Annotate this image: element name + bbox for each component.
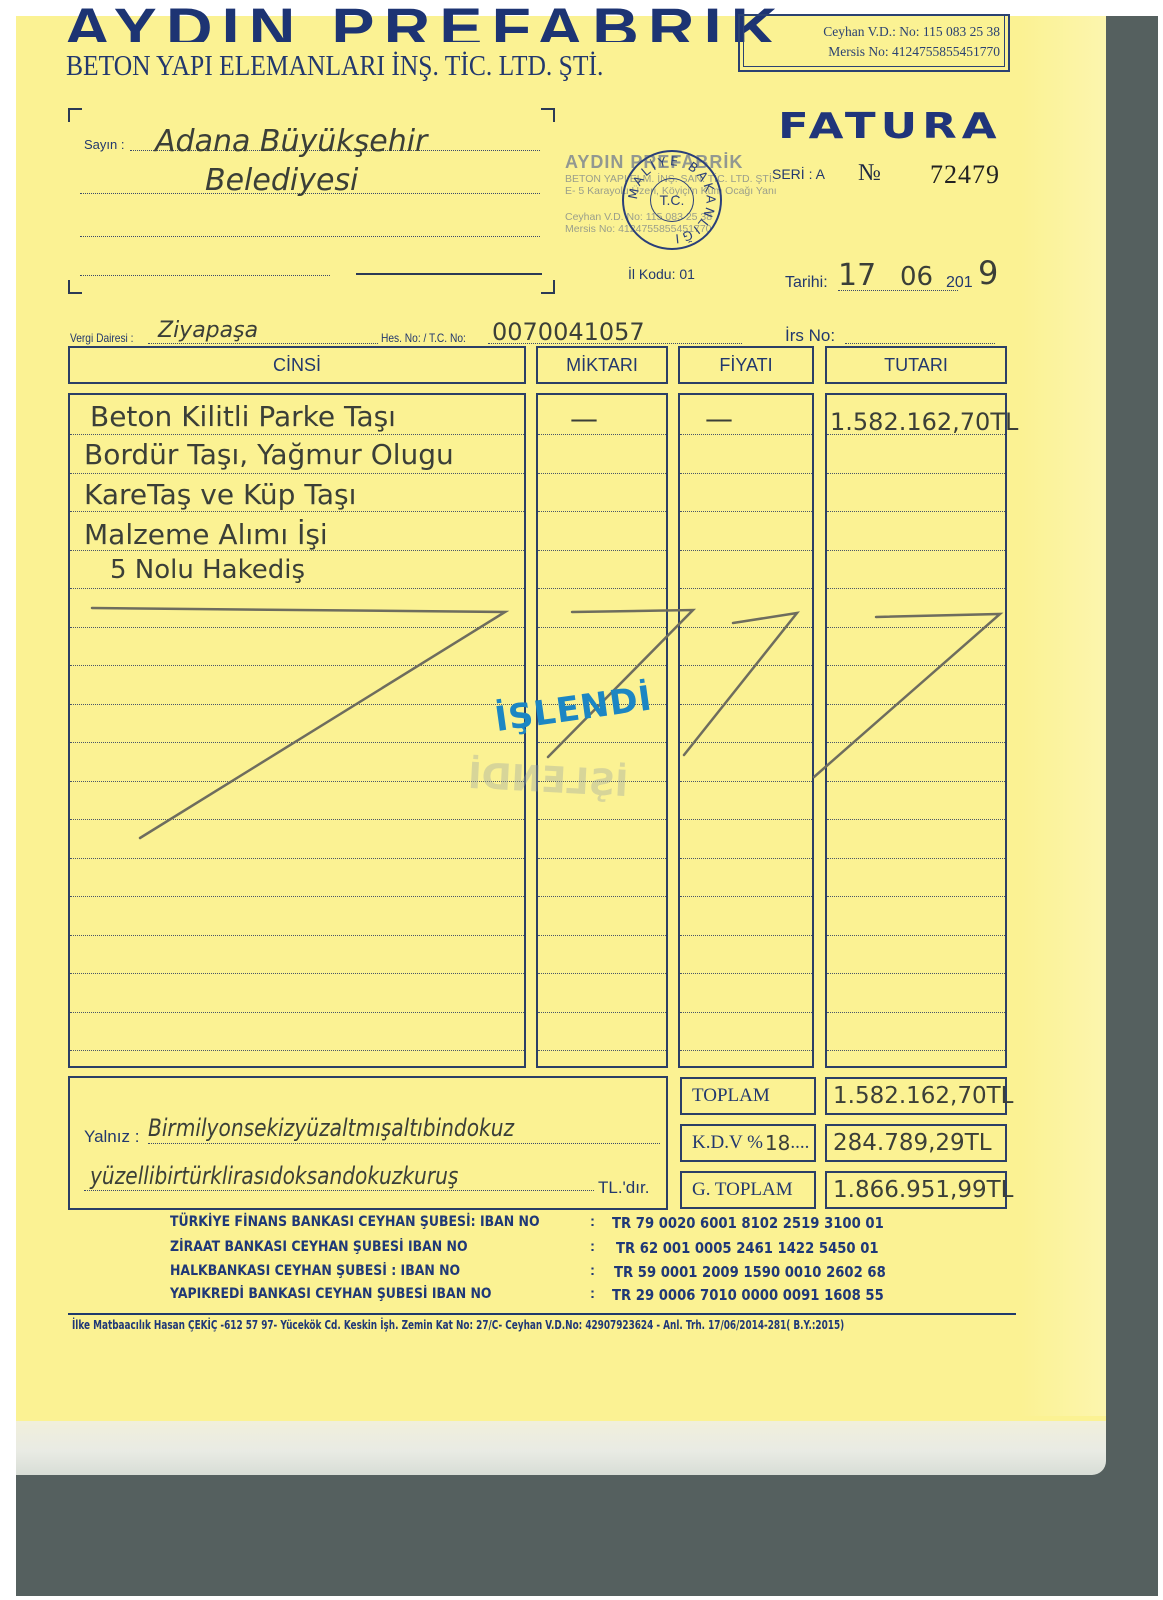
amount-words-line <box>84 1190 594 1191</box>
ruled-line <box>70 511 524 512</box>
ruled-line <box>538 473 666 474</box>
ruled-line <box>827 1050 1005 1051</box>
description-line: Beton Kilitli Parke Taşı <box>90 400 396 433</box>
ruled-line <box>538 935 666 936</box>
unit-price-value: — <box>705 402 733 435</box>
paper-stack-edge <box>16 1415 1106 1475</box>
amount-in-words-line2: yüzellibirtürklirasıdoksandokuzkuruş <box>90 1162 458 1190</box>
grand-total-label: G. TOPLAM <box>680 1171 816 1209</box>
amount-in-words-label: Yalnız : <box>84 1127 139 1147</box>
ruled-line <box>680 627 812 628</box>
bank-iban: TR 59 0001 2009 1590 0010 2602 68 <box>614 1263 886 1281</box>
grand-total-value: 1.866.951,99TL <box>833 1177 1014 1203</box>
corner-mark <box>541 280 555 294</box>
amount-in-words-line1: Birmilyonsekizyüzaltmışaltıbindokuz <box>148 1114 514 1142</box>
customer-solid-line <box>356 273 542 275</box>
ruled-line <box>538 896 666 897</box>
vat-value: 284.789,29TL <box>833 1130 992 1156</box>
ruled-line <box>538 1050 666 1051</box>
ruled-line <box>827 896 1005 897</box>
seal-center: T.C. <box>650 178 694 222</box>
grand-total-value-box: 1.866.951,99TL <box>825 1171 1007 1209</box>
date-day: 17 <box>838 258 876 293</box>
ruled-line <box>70 704 524 705</box>
ruled-line <box>538 588 666 589</box>
date-label: Tarihi: <box>785 274 828 292</box>
vat-rate: 18 <box>765 1131 790 1155</box>
bank-colon: : <box>590 1213 595 1230</box>
printer-info: İlke Matbaacılık Hasan ÇEKİÇ -612 57 97-… <box>72 1318 844 1332</box>
ministry-seal: MALİYE BAKANLIĞI T.C. <box>622 150 722 250</box>
ruled-line <box>680 781 812 782</box>
quantity-value: — <box>570 402 598 435</box>
ruled-line <box>827 511 1005 512</box>
invoice-series: SERİ : A <box>772 166 825 182</box>
ruled-line <box>680 665 812 666</box>
column-header-price: FİYATI <box>678 346 814 384</box>
ruled-line <box>827 742 1005 743</box>
ruled-line <box>827 473 1005 474</box>
ruled-line <box>680 896 812 897</box>
ruled-line <box>538 550 666 551</box>
bank-name: HALKBANKASI CEYHAN ŞUBESİ : IBAN NO <box>170 1263 460 1279</box>
ruled-line <box>827 819 1005 820</box>
account-label: Hes. No: / T.C. No: <box>381 331 466 345</box>
column-header-description: CİNSİ <box>68 346 526 384</box>
document-title: FATURA <box>778 106 1002 147</box>
ruled-line <box>70 588 524 589</box>
price-column <box>678 393 814 1068</box>
corner-mark <box>68 280 82 294</box>
bank-colon: : <box>590 1285 595 1302</box>
ruled-line <box>538 1012 666 1013</box>
customer-name-line1: Adana Büyükşehir <box>155 124 427 159</box>
tax-office-value: Ziyapaşa <box>158 318 258 343</box>
bank-iban: TR 62 001 0005 2461 1422 5450 01 <box>616 1239 879 1257</box>
date-year-prefix: 201 <box>946 274 973 292</box>
ruled-line <box>827 858 1005 859</box>
ruled-line <box>70 896 524 897</box>
customer-label: Sayın : <box>84 137 124 152</box>
ruled-line <box>70 627 524 628</box>
date-month: 06 <box>900 262 933 292</box>
ruled-line <box>680 1012 812 1013</box>
bank-name: ZİRAAT BANKASI CEYHAN ŞUBESİ IBAN NO <box>170 1239 468 1255</box>
ruled-line <box>827 935 1005 936</box>
description-line: 5 Nolu Hakediş <box>110 555 305 585</box>
vat-value-box: 284.789,29TL <box>825 1124 1007 1162</box>
subtotal-value-box: 1.582.162,70TL <box>825 1077 1007 1115</box>
company-subtitle: BETON YAPI ELEMANLARI İNŞ. TİC. LTD. ŞTİ… <box>66 50 603 83</box>
ruled-line <box>680 473 812 474</box>
paper-shading <box>1020 16 1106 1416</box>
customer-name-line2: Belediyesi <box>205 163 358 198</box>
ruled-line <box>680 1050 812 1051</box>
ruled-line <box>70 434 524 435</box>
ruled-line <box>538 973 666 974</box>
bank-iban: TR 29 0006 7010 0000 0091 1608 55 <box>612 1286 884 1304</box>
ruled-line <box>680 973 812 974</box>
ruled-line <box>70 973 524 974</box>
company-mersis: Mersis No: 4124755855451770 <box>828 44 1000 60</box>
corner-mark <box>68 108 82 122</box>
invoice-number: 72479 <box>930 160 1000 190</box>
ruled-line <box>70 819 524 820</box>
ruled-line <box>827 627 1005 628</box>
ruled-line <box>538 819 666 820</box>
number-sign: № <box>858 160 881 187</box>
ruled-line <box>538 511 666 512</box>
bank-colon: : <box>590 1262 595 1279</box>
ruled-line <box>827 665 1005 666</box>
company-brand-name: AYDIN PREFABRİK <box>64 6 786 42</box>
ruled-line <box>70 781 524 782</box>
date-year-suffix: 9 <box>978 254 998 292</box>
ruled-line <box>680 742 812 743</box>
ruled-line <box>680 434 812 435</box>
waybill-line <box>845 343 995 344</box>
waybill-label: İrs No: <box>785 326 835 346</box>
line-amount-value: 1.582.162,70TL <box>830 408 1018 436</box>
vat-dots: .... <box>790 1132 809 1154</box>
account-value: 0070041057 <box>492 318 645 346</box>
ruled-line <box>70 473 524 474</box>
ruled-line <box>827 1012 1005 1013</box>
ruled-line <box>680 511 812 512</box>
ruled-line <box>827 781 1005 782</box>
vat-label-box: K.D.V % 18 .... <box>680 1124 816 1162</box>
ruled-line <box>70 858 524 859</box>
ruled-line <box>680 858 812 859</box>
column-header-quantity: MİKTARI <box>536 346 668 384</box>
amount-column <box>825 393 1007 1068</box>
customer-line <box>80 275 330 276</box>
customer-line <box>80 236 540 237</box>
bank-iban: TR 79 0020 6001 8102 2519 3100 01 <box>612 1214 884 1232</box>
ruled-line <box>70 665 524 666</box>
ruled-line <box>70 1012 524 1013</box>
ruled-line <box>827 704 1005 705</box>
tax-office-line <box>148 343 378 344</box>
processed-stamp-ghost: İŞLENDİ <box>467 756 629 805</box>
province-code: İl Kodu: 01 <box>628 266 695 282</box>
corner-mark <box>541 108 555 122</box>
vat-label: K.D.V % <box>692 1132 763 1154</box>
description-line: Malzeme Alımı İşi <box>84 518 328 551</box>
ruled-line <box>680 819 812 820</box>
subtotal-label: TOPLAM <box>680 1077 816 1115</box>
ruled-line <box>827 550 1005 551</box>
description-line: Bordür Taşı, Yağmur Olugu <box>84 438 454 471</box>
tax-office-label: Vergi Dairesi : <box>70 331 133 345</box>
company-tax-box: Ceyhan V.D.: No: 115 083 25 38 Mersis No… <box>738 14 1010 72</box>
subtotal-value: 1.582.162,70TL <box>833 1083 1014 1109</box>
ruled-line <box>70 935 524 936</box>
ruled-line <box>538 434 666 435</box>
footer-divider <box>68 1313 1016 1315</box>
bank-name: TÜRKİYE FİNANS BANKASI CEYHAN ŞUBESİ: IB… <box>170 1214 540 1230</box>
ruled-line <box>680 588 812 589</box>
bank-colon: : <box>590 1238 595 1255</box>
company-tax-office: Ceyhan V.D.: No: 115 083 25 38 <box>823 24 1000 40</box>
ruled-line <box>538 665 666 666</box>
amount-in-words-suffix: TL.'dır. <box>598 1178 649 1198</box>
ruled-line <box>70 1050 524 1051</box>
ruled-line <box>538 742 666 743</box>
amount-words-line <box>148 1143 660 1144</box>
ruled-line <box>680 704 812 705</box>
ruled-line <box>680 550 812 551</box>
ruled-line <box>538 627 666 628</box>
ruled-line <box>827 588 1005 589</box>
ruled-line <box>680 935 812 936</box>
ruled-line <box>538 858 666 859</box>
ruled-line <box>70 742 524 743</box>
column-header-amount: TUTARI <box>825 346 1007 384</box>
bank-name: YAPIKREDİ BANKASI CEYHAN ŞUBESİ IBAN NO <box>170 1286 492 1302</box>
ruled-line <box>827 973 1005 974</box>
description-line: KareTaş ve Küp Taşı <box>84 478 356 511</box>
